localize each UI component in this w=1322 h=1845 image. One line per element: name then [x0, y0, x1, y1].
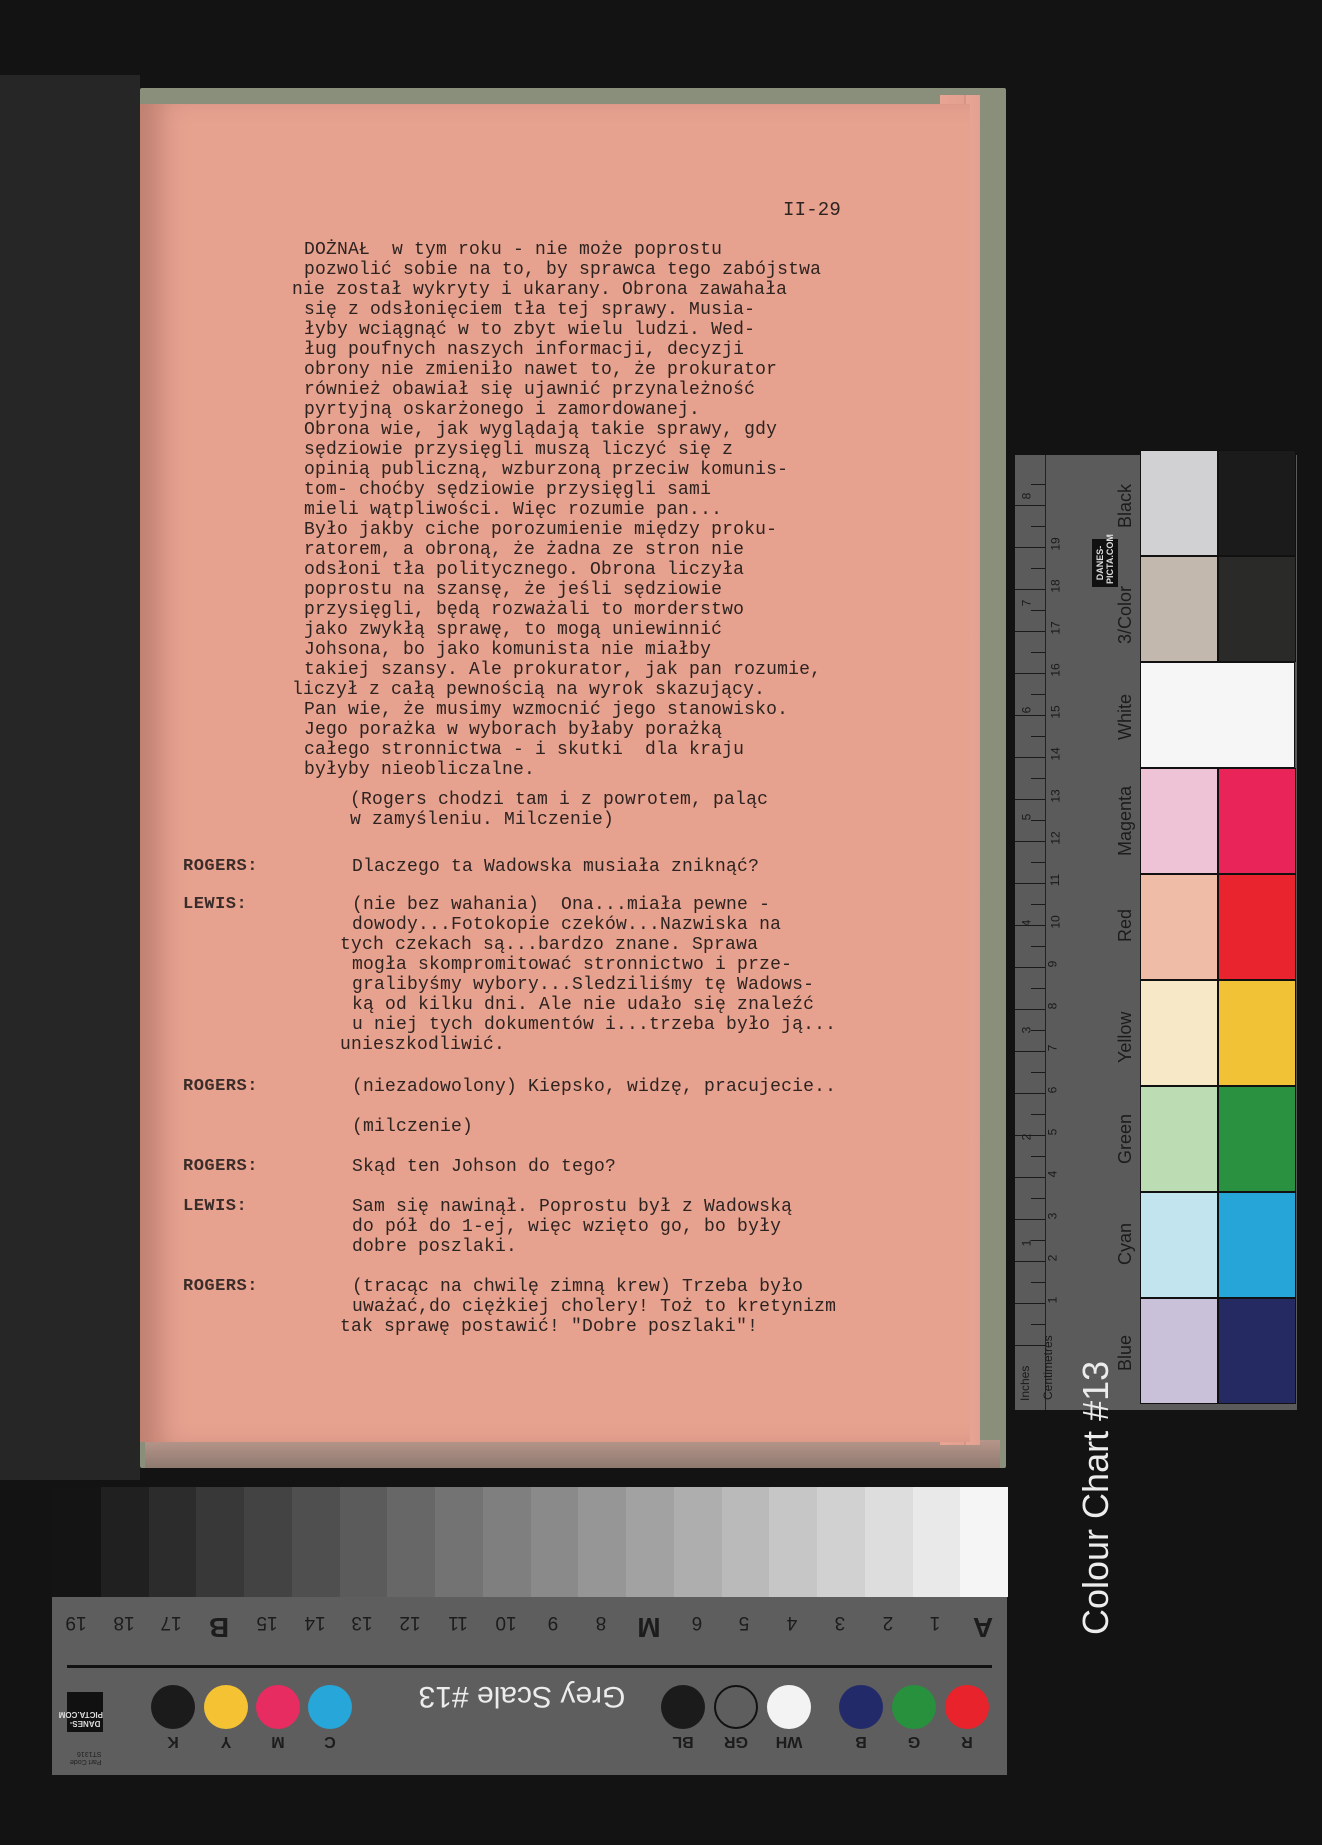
grey-step [959, 1487, 1008, 1597]
ruler-tick [1031, 778, 1045, 779]
ruler-tick [1015, 505, 1045, 506]
stage-direction: (Rogers chodzi tam i z powrotem, palącw … [350, 790, 768, 830]
swatch-dark [1218, 1086, 1296, 1192]
grey-step [100, 1487, 149, 1597]
ruler-tick [1031, 1324, 1045, 1325]
grey-step [482, 1487, 531, 1597]
colour-dot-label: GR [714, 1732, 758, 1750]
dialogue-line: (milczenie) [340, 1117, 473, 1137]
text-line: DOŻNAŁ w tym roku - nie może poprostu [292, 240, 821, 260]
speaker-label: ROGERS: [183, 1077, 258, 1097]
grey-step [530, 1487, 579, 1597]
cm-tick-label: 15 [1049, 705, 1063, 718]
ruler-tick [1031, 568, 1045, 569]
ruler-tick [1031, 694, 1045, 695]
colour-dot-label: R [945, 1732, 989, 1750]
ruler-tick [1031, 946, 1045, 947]
text-line: (Rogers chodzi tam i z powrotem, paląc [350, 790, 768, 810]
text-line: odsłoni tła politycznego. Obrona liczyła [292, 560, 821, 580]
ruler-tick [1031, 904, 1045, 905]
cm-tick-label: 12 [1049, 831, 1063, 844]
cm-tick-label: 13 [1049, 789, 1063, 802]
swatch-dark [1218, 556, 1296, 662]
ruler [1015, 455, 1046, 1410]
grey-step [148, 1487, 197, 1597]
colour-dot-k [151, 1685, 195, 1729]
text-line: jako zwykłą sprawę, to mogą uniewinnić [292, 620, 821, 640]
text-line: ką od kilku dni. Ale nie udało się znale… [340, 995, 836, 1015]
cm-tick-label: 14 [1049, 747, 1063, 760]
speaker-label: ROGERS: [183, 1157, 258, 1177]
inch-tick-label: 6 [1019, 706, 1033, 713]
ruler-tick [1031, 1282, 1045, 1283]
ruler-tick [1031, 1114, 1045, 1115]
text-line: Obrona wie, jak wyglądają takie sprawy, … [292, 420, 821, 440]
colour-dot-label: BL [661, 1732, 705, 1750]
grey-step-label: 17 [156, 1611, 186, 1633]
text-line: u niej tych dokumentów i...trzeba było j… [340, 1015, 836, 1035]
swatch-label-white: White [1115, 694, 1136, 740]
text-line: Pan wie, że musimy wzmocnić jego stanowi… [292, 700, 821, 720]
colour-chart: Colour Chart #13 Inches Centimetres DANE… [1015, 455, 1297, 1410]
cm-tick-label: 2 [1045, 1255, 1059, 1262]
text-line: Jego porażka w wyborach byłaby porażką [292, 720, 821, 740]
colour-dot-m [256, 1685, 300, 1729]
dialogue-line: Sam się nawinął. Poprostu był z Wadowską… [340, 1197, 792, 1257]
cm-tick-label: 16 [1049, 663, 1063, 676]
cm-tick-label: 7 [1045, 1045, 1059, 1052]
text-line: całego stronnictwa - i skutki dla kraju [292, 740, 821, 760]
grey-step [195, 1487, 244, 1597]
grey-step-label: 15 [252, 1611, 282, 1633]
grey-step-label: B [204, 1611, 234, 1643]
text-line: sędziowie przysięgli muszą liczyć się z [292, 440, 821, 460]
page-stack-bottom-edge [145, 1440, 1000, 1468]
swatch-light [1140, 450, 1218, 556]
colour-dot-g [892, 1685, 936, 1729]
grey-step-label: 13 [347, 1611, 377, 1633]
inch-tick-label: 2 [1019, 1133, 1033, 1140]
cm-tick-label: 11 [1048, 874, 1062, 886]
grey-step-label: 10 [491, 1611, 521, 1633]
opening-paragraph: DOŻNAŁ w tym roku - nie może poprostupoz… [292, 240, 821, 780]
ruler-tick [1031, 526, 1045, 527]
text-line: mieli wątpliwości. Więc rozumie pan... [292, 500, 821, 520]
ruler-tick [1015, 1009, 1045, 1010]
text-line: pozwolić sobie na to, by sprawca tego za… [292, 260, 821, 280]
text-line: unieszkodliwić. [340, 1035, 836, 1055]
ruler-tick [1031, 652, 1045, 653]
swatch-label-cyan: Cyan [1115, 1223, 1136, 1265]
text-line: (tracąc na chwilę zimną krew) Trzeba był… [340, 1277, 836, 1297]
grey-step-label: 9 [538, 1611, 568, 1633]
inch-tick-label: 1 [1019, 1240, 1033, 1247]
text-line: (nie bez wahania) Ona...miała pewne - [340, 895, 836, 915]
text-line: pyrtyjną oskarżonego i zamordowanej. [292, 400, 821, 420]
text-line: ług poufnych naszych informacji, decyzji [292, 340, 821, 360]
ruler-tick [1015, 967, 1045, 968]
swatch-dark [1218, 1192, 1296, 1298]
inch-tick-label: 3 [1019, 1027, 1033, 1034]
cm-tick-label: 10 [1049, 915, 1063, 928]
colour-dot-label: WH [767, 1732, 811, 1750]
grey-step-label: 2 [873, 1611, 903, 1633]
ruler-tick [1015, 841, 1045, 842]
ruler-tick [1031, 736, 1045, 737]
speaker-label: LEWIS: [183, 895, 247, 915]
grey-step-label: 6 [682, 1611, 712, 1633]
ruler-tick [1031, 1156, 1045, 1157]
ruler-tick [1015, 883, 1045, 884]
text-line: Johsona, bo jako komunista nie miałby [292, 640, 821, 660]
ruler-tick [1015, 799, 1045, 800]
ruler-tick [1031, 610, 1045, 611]
text-line: ratorem, a obroną, że żadna ze stron nie [292, 540, 821, 560]
text-line: takiej szansy. Ale prokurator, jak pan r… [292, 660, 821, 680]
speaker-label: LEWIS: [183, 1197, 247, 1217]
text-line: nie został wykryty i ukarany. Obrona zaw… [292, 280, 821, 300]
grey-step-label: 18 [109, 1611, 139, 1633]
speaker-label: ROGERS: [183, 857, 258, 877]
text-line: uważać,do ciężkiej cholery! Toż to krety… [340, 1297, 836, 1317]
ruler-tick [1015, 547, 1045, 548]
ruler-tick [1015, 1093, 1045, 1094]
grey-step-label: M [634, 1611, 664, 1643]
swatch-label-magenta: Magenta [1115, 786, 1136, 856]
grey-step [291, 1487, 340, 1597]
ruler-tick [1031, 1198, 1045, 1199]
grey-step-label: 4 [777, 1611, 807, 1633]
text-line: Było jakby ciche porozumienie między pro… [292, 520, 821, 540]
swatch-label-yellow: Yellow [1115, 1012, 1136, 1063]
cm-tick-label: 6 [1045, 1087, 1059, 1094]
text-line: tak sprawę postawić! "Dobre poszlaki"! [340, 1317, 836, 1337]
colour-dot-gr [714, 1685, 758, 1729]
swatch-label-3-color: 3/Color [1115, 586, 1136, 644]
text-line: (milczenie) [340, 1117, 473, 1137]
colour-dot-label: C [308, 1732, 352, 1750]
text-line: również obawiał się ujawnić przynależnoś… [292, 380, 821, 400]
grey-step-label: 14 [300, 1611, 330, 1633]
swatch-light [1140, 768, 1218, 874]
cm-tick-label: 17 [1049, 621, 1063, 634]
swatch-light [1140, 1298, 1218, 1404]
ruler-tick [1015, 589, 1045, 590]
text-line: gralibyśmy wybory...Sledziliśmy tę Wadow… [340, 975, 836, 995]
grey-step-label: 5 [729, 1611, 759, 1633]
text-line: (niezadowolony) Kiepsko, widzę, pracujec… [340, 1077, 836, 1097]
text-line: w zamyśleniu. Milczenie) [350, 810, 768, 830]
text-line: Skąd ten Johson do tego? [340, 1157, 616, 1177]
colour-dot-wh [767, 1685, 811, 1729]
swatch-dark [1218, 450, 1296, 556]
colour-dot-b [839, 1685, 883, 1729]
colour-dot-r [945, 1685, 989, 1729]
cm-tick-label: 3 [1045, 1213, 1059, 1220]
cm-tick-label: 19 [1049, 537, 1063, 550]
ruler-tick [1031, 1072, 1045, 1073]
ruler-tick [1031, 862, 1045, 863]
swatch-dark [1218, 768, 1296, 874]
colour-dot-label: K [151, 1732, 195, 1750]
text-line: dobre poszlaki. [340, 1237, 792, 1257]
ruler-tick [1015, 715, 1045, 716]
swatch-label-red: Red [1115, 909, 1136, 942]
text-line: poprostu na szansę, że jeśli sędziowie [292, 580, 821, 600]
grey-step [721, 1487, 770, 1597]
swatch-dark [1218, 1298, 1296, 1404]
text-line: się z odsłonięciem tła tej sprawy. Musia… [292, 300, 821, 320]
colour-dot-label: Y [204, 1732, 248, 1750]
cm-tick-label: 5 [1045, 1129, 1059, 1136]
text-line: przysięgli, będą rozważali to morderstwo [292, 600, 821, 620]
ruler-tick [1015, 1177, 1045, 1178]
cm-tick-label: 9 [1045, 961, 1059, 968]
text-line: łyby wciągnąć w to zbyt wielu ludzi. Wed… [292, 320, 821, 340]
grey-step-label: 3 [825, 1611, 855, 1633]
grey-step-label: 11 [443, 1611, 473, 1633]
inch-tick-label: 5 [1019, 813, 1033, 820]
ruler-tick [1015, 1303, 1045, 1304]
grey-step [339, 1487, 388, 1597]
grey-scale-card: Grey Scale #13 DANES-PICTA.COM Part Code… [52, 1487, 1007, 1775]
grey-step [912, 1487, 961, 1597]
ruler-tick [1015, 1051, 1045, 1052]
grey-step-label: 1 [920, 1611, 950, 1633]
grey-step [673, 1487, 722, 1597]
dialogue-line: (tracąc na chwilę zimną krew) Trzeba był… [340, 1277, 836, 1337]
swatch-label-black: Black [1115, 484, 1136, 528]
ruler-tick [1031, 484, 1045, 485]
text-line: obrony nie zmieniło nawet to, że prokura… [292, 360, 821, 380]
swatch-light [1140, 1086, 1218, 1192]
colour-dot-c [308, 1685, 352, 1729]
grey-step-label: 19 [61, 1611, 91, 1633]
text-line: dowody...Fotokopie czeków...Nazwiska na [340, 915, 836, 935]
swatch-label-blue: Blue [1115, 1335, 1136, 1371]
text-line: do pół do 1-ej, więc wzięto go, bo były [340, 1217, 792, 1237]
text-line: Sam się nawinął. Poprostu był z Wadowską [340, 1197, 792, 1217]
swatch-label-green: Green [1115, 1114, 1136, 1164]
grey-step [625, 1487, 674, 1597]
grey-scale-title: Grey Scale #13 [372, 1679, 672, 1713]
danes-picta-logo: DANES-PICTA.COM [1092, 539, 1118, 587]
inch-tick-label: 7 [1019, 600, 1033, 607]
text-line: opinią publiczną, wzburzoną przeciw komu… [292, 460, 821, 480]
swatch-dark [1218, 874, 1296, 980]
cm-tick-label: 1 [1045, 1297, 1059, 1304]
ruler-tick [1015, 1219, 1045, 1220]
colour-dot-bl [661, 1685, 705, 1729]
colour-chart-title: Colour Chart #13 [1075, 1361, 1117, 1635]
grey-step-label: A [968, 1611, 998, 1643]
swatch-light [1140, 556, 1218, 662]
grey-step-label: 8 [586, 1611, 616, 1633]
swatch-light [1140, 980, 1218, 1086]
speaker-label: ROGERS: [183, 1277, 258, 1297]
cm-tick-label: 18 [1049, 579, 1063, 592]
ruler-tick [1015, 1261, 1045, 1262]
colour-dot-label: G [892, 1732, 936, 1750]
text-line: byłyby nieobliczalne. [292, 760, 821, 780]
grey-step [386, 1487, 435, 1597]
swatch-dark [1218, 980, 1296, 1086]
ruler-tick [1031, 988, 1045, 989]
grey-step [52, 1487, 101, 1597]
cm-tick-label: 4 [1045, 1171, 1059, 1178]
ruler-tick [1015, 673, 1045, 674]
colour-dot-label: B [839, 1732, 883, 1750]
grey-step [768, 1487, 817, 1597]
grey-step [864, 1487, 913, 1597]
dialogue-line: Skąd ten Johson do tego? [340, 1157, 616, 1177]
grey-step [577, 1487, 626, 1597]
dialogue-line: (nie bez wahania) Ona...miała pewne -dow… [340, 895, 836, 1055]
grey-step [816, 1487, 865, 1597]
text-line: tom- choćby sędziowie przysięgli sami [292, 480, 821, 500]
colour-dot-label: M [256, 1732, 300, 1750]
divider-line [67, 1665, 992, 1668]
centimetres-label: Centimetres [1041, 1335, 1055, 1400]
ruler-tick [1015, 757, 1045, 758]
grey-step-label: 12 [395, 1611, 425, 1633]
grey-step [243, 1487, 292, 1597]
danes-picta-logo: DANES-PICTA.COM [67, 1692, 103, 1732]
part-code: Part Code ST1316 [70, 1749, 102, 1765]
swatch-white [1140, 662, 1295, 768]
text-line: tych czekach są...bardzo znane. Sprawa [340, 935, 836, 955]
dialogue-line: Dlaczego ta Wadowska musiała zniknąć? [340, 857, 759, 877]
text-line: mogła skompromitować stronnictwo i prze- [340, 955, 836, 975]
inch-tick-label: 4 [1019, 920, 1033, 927]
ruler-tick [1015, 631, 1045, 632]
dark-background-panel [0, 75, 140, 1480]
text-line: Dlaczego ta Wadowska musiała zniknąć? [340, 857, 759, 877]
swatch-light [1140, 874, 1218, 980]
cm-tick-label: 8 [1045, 1003, 1059, 1010]
swatch-light [1140, 1192, 1218, 1298]
page-number: II-29 [783, 200, 841, 220]
dialogue-line: (niezadowolony) Kiepsko, widzę, pracujec… [340, 1077, 836, 1097]
colour-dot-y [204, 1685, 248, 1729]
text-line: liczył z całą pewnością na wyrok skazują… [292, 680, 821, 700]
inches-label: Inches [1018, 1366, 1032, 1401]
grey-step [434, 1487, 483, 1597]
inch-tick-label: 8 [1019, 493, 1033, 500]
